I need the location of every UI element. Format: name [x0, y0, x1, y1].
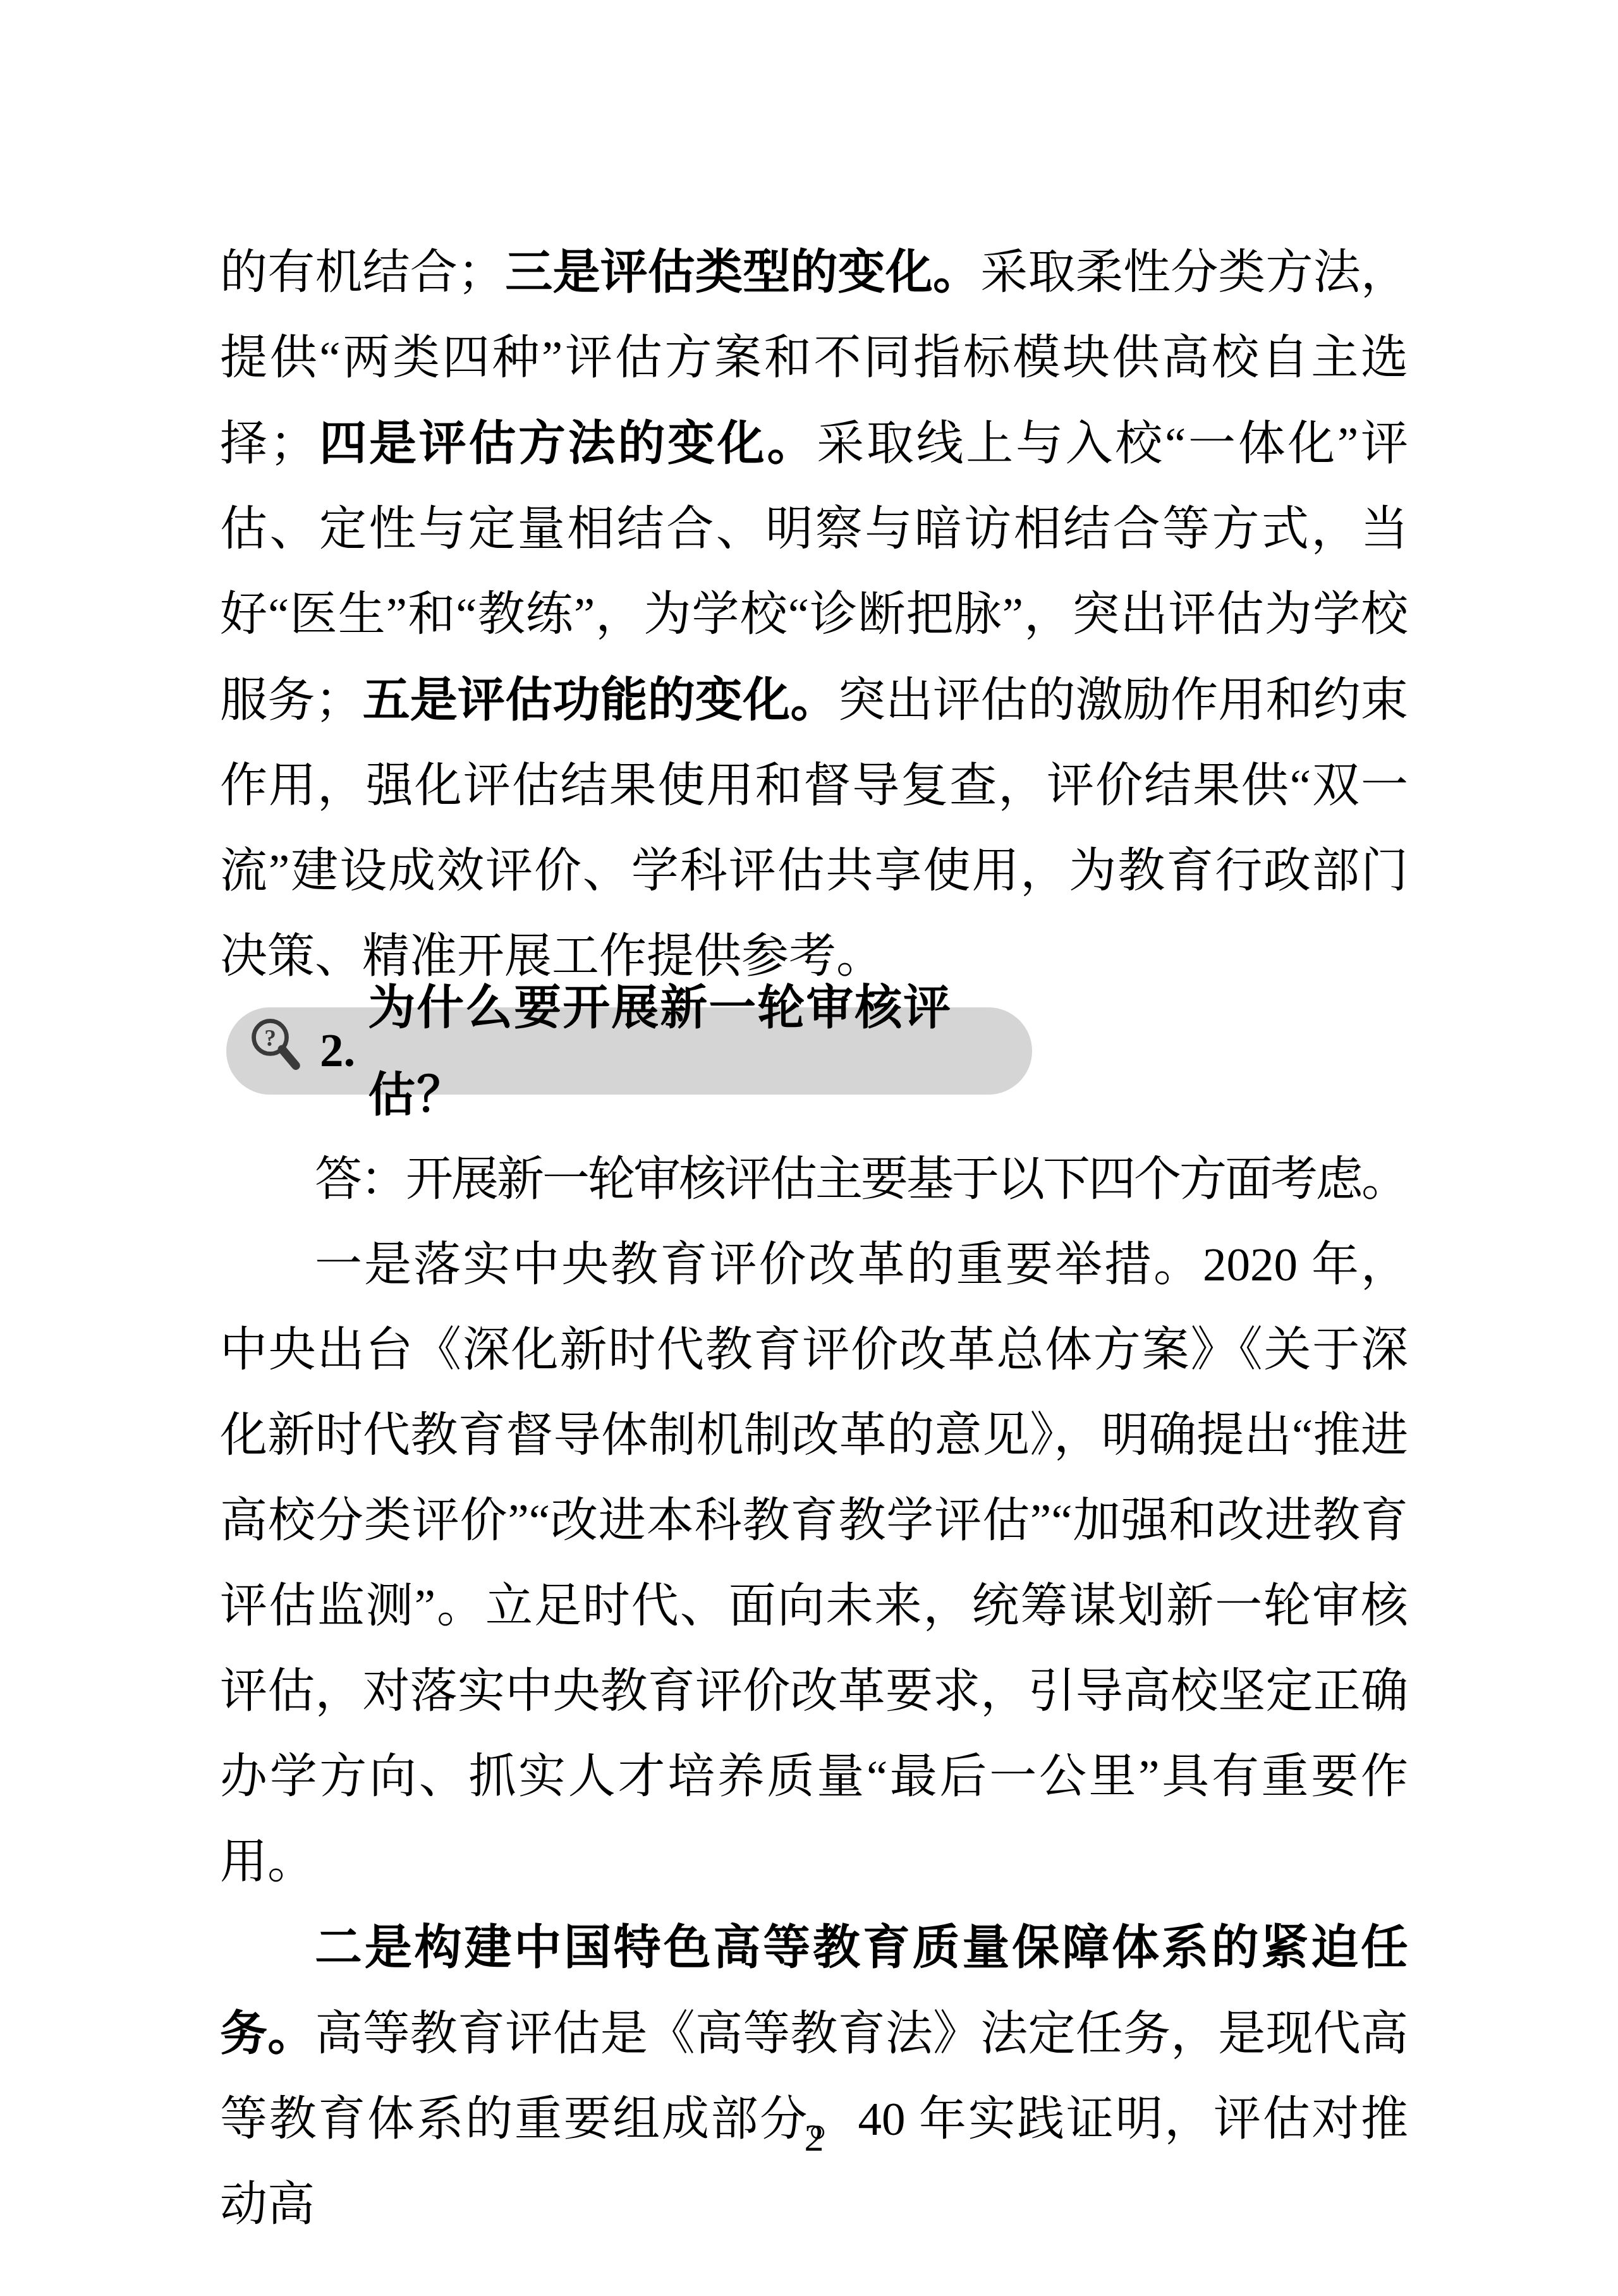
page-content: 的有机结合；三是评估类型的变化。采取柔性分类方法，提供“两类四种”评估方案和不同…: [220, 229, 1408, 2247]
paragraph-point-one: 一是落实中央教育评价改革的重要举措。2020 年，中央出台《深化新时代教育评价改…: [220, 1222, 1408, 1905]
text-segment: 的有机结合；: [220, 246, 505, 299]
text-segment: 答：开展新一轮审核评估主要基于以下四个方面考虑。: [315, 1153, 1407, 1206]
magnifier-question-icon: ?: [245, 1014, 311, 1079]
paragraph-point-two: 二是构建中国特色高等教育质量保障体系的紧迫任务。高等教育评估是《高等教育法》法定…: [220, 1905, 1408, 2247]
text-segment: 一是落实中央教育评价改革的重要举措。2020 年，中央出台《深化新时代教育评价改…: [220, 1239, 1408, 1888]
paragraph-continuation: 的有机结合；三是评估类型的变化。采取柔性分类方法，提供“两类四种”评估方案和不同…: [220, 229, 1408, 999]
question-2-header-pill: ? 2.为什么要开展新一轮审核评估？: [226, 1007, 1032, 1095]
document-page: 的有机结合；三是评估类型的变化。采取柔性分类方法，提供“两类四种”评估方案和不同…: [0, 0, 1618, 2296]
svg-text:?: ?: [264, 1026, 276, 1052]
page-number: 2: [220, 2116, 1408, 2160]
bold-phrase-four: 四是评估方法的变化。: [317, 416, 817, 470]
question-title: 为什么要开展新一轮审核评估？: [368, 964, 1032, 1138]
bold-phrase-five: 五是评估功能的变化。: [362, 673, 837, 726]
paragraph-answer: 答：开展新一轮审核评估主要基于以下四个方面考虑。: [220, 1137, 1408, 1222]
bold-phrase-three: 三是评估类型的变化。: [505, 245, 980, 298]
question-number: 2.: [320, 1007, 355, 1095]
